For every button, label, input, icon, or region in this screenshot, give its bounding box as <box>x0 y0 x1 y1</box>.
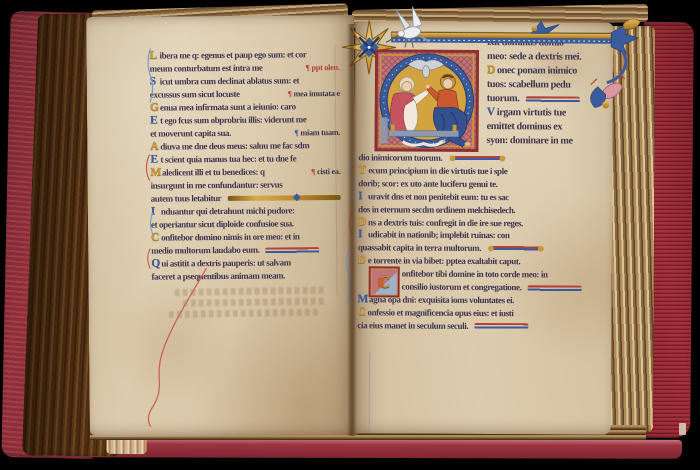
border-bar <box>391 20 611 43</box>
manuscript-photo: Libera me q: egenus et paup ego sum: et … <box>0 0 700 470</box>
long-red-descender-flourish <box>147 268 208 427</box>
border-terminal-foliage <box>590 19 640 109</box>
pen-flourishes <box>126 36 260 447</box>
cover-sticker <box>679 423 686 435</box>
paragraph-mark: ¶ <box>309 165 317 178</box>
blue-pen-flourish <box>150 213 153 235</box>
paragraph-mark: ¶ <box>292 126 300 139</box>
line-filler <box>265 247 319 253</box>
red-pen-flourish <box>148 249 151 269</box>
gutter-shadow <box>347 24 357 436</box>
blue-pen-flourish <box>148 49 153 103</box>
left-page: Libera me q: egenus et paup ego sum: et … <box>86 15 358 437</box>
illuminated-border <box>333 1 665 343</box>
paragraph-mark: ¶ <box>286 87 294 100</box>
red-pen-flourish <box>146 155 149 181</box>
ruling-line <box>369 351 370 431</box>
overflow-text: mea imutata e <box>293 87 339 100</box>
right-page: ixit dominus domiomeo: sede a dextris me… <box>353 21 614 435</box>
miniature-initial-d <box>374 49 479 152</box>
paragraph-mark: ¶ <box>303 61 311 74</box>
